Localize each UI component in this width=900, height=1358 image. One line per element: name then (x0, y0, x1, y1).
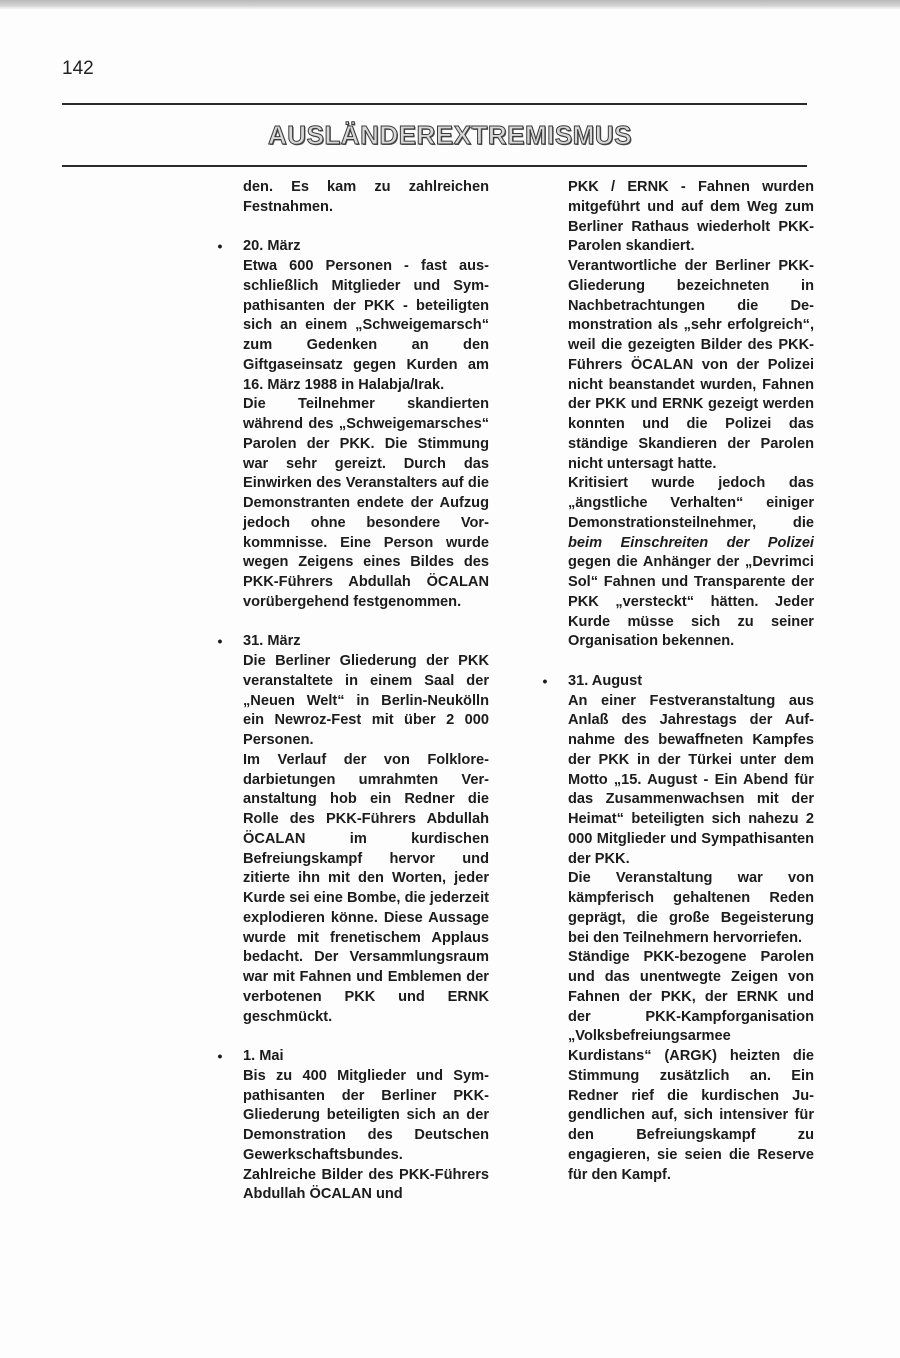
criticism-paragraph: Kritisiert wurde jedoch das „ängstliche … (568, 474, 814, 652)
section-title: AUSLÄNDEREXTREMISMUS (0, 120, 900, 151)
header-rule-bottom (62, 165, 807, 167)
entry-date: 1. Mai (243, 1047, 489, 1067)
entry-31-maerz: • 31. März Die Berliner Gliederung der P… (243, 632, 489, 1027)
criticism-text: gegen die Anhänger der „De­vrimci Sol“ F… (568, 554, 814, 649)
bullet-icon: • (210, 632, 230, 652)
criticism-text: Kritisiert wurde jedoch das „ängstliche … (568, 475, 814, 531)
entry-1-mai: • 1. Mai Bis zu 400 Mitglieder und Sym­p… (243, 1047, 489, 1205)
page-number: 142 (62, 58, 94, 80)
entry-paragraph: Zahlreiche Bilder des PKK-Führers Abdull… (243, 1166, 489, 1206)
entry-paragraph: Etwa 600 Personen - fast aus­schließlich… (243, 257, 489, 395)
scan-edge (0, 0, 900, 9)
entry-20-maerz: • 20. März Etwa 600 Personen - fast aus­… (243, 237, 489, 612)
entry-date: 20. März (243, 237, 489, 257)
entry-paragraph: Im Verlauf der von Folklore­darbietungen… (243, 751, 489, 1028)
entry-paragraph: Ständige PKK-bezogene Paro­len und das u… (568, 948, 814, 1185)
intro-paragraph: den. Es kam zu zahlreichen Festnahmen. (243, 178, 489, 218)
entry-paragraph: Bis zu 400 Mitglieder und Sym­pathisante… (243, 1067, 489, 1166)
left-column: den. Es kam zu zahlreichen Festnahmen. •… (243, 178, 489, 1205)
continuation-paragraph: Verantwortliche der Berliner PKK-Glieder… (568, 257, 814, 474)
bullet-icon: • (210, 237, 230, 257)
entry-paragraph: Die Berliner Gliederung der PKK veransta… (243, 652, 489, 751)
criticism-italic-text: beim Einschreiten der Polizei (568, 535, 814, 551)
continuation-paragraph: PKK / ERNK - Fahnen wurden mitgeführt un… (568, 178, 814, 257)
right-column: PKK / ERNK - Fahnen wurden mitgeführt un… (568, 178, 814, 1185)
entry-paragraph: Die Veranstaltung war von kämpferisch ge… (568, 869, 814, 948)
entry-date: 31. März (243, 632, 489, 652)
entry-31-august: • 31. August An einer Festveranstaltung … (568, 672, 814, 1186)
bullet-icon: • (210, 1047, 230, 1067)
entry-paragraph: An einer Festveranstaltung aus Anlaß des… (568, 692, 814, 870)
entry-date: 31. August (568, 672, 814, 692)
header-rule-top (62, 103, 807, 105)
bullet-icon: • (535, 672, 555, 692)
entry-paragraph: Die Teilnehmer skandierten während des „… (243, 395, 489, 612)
